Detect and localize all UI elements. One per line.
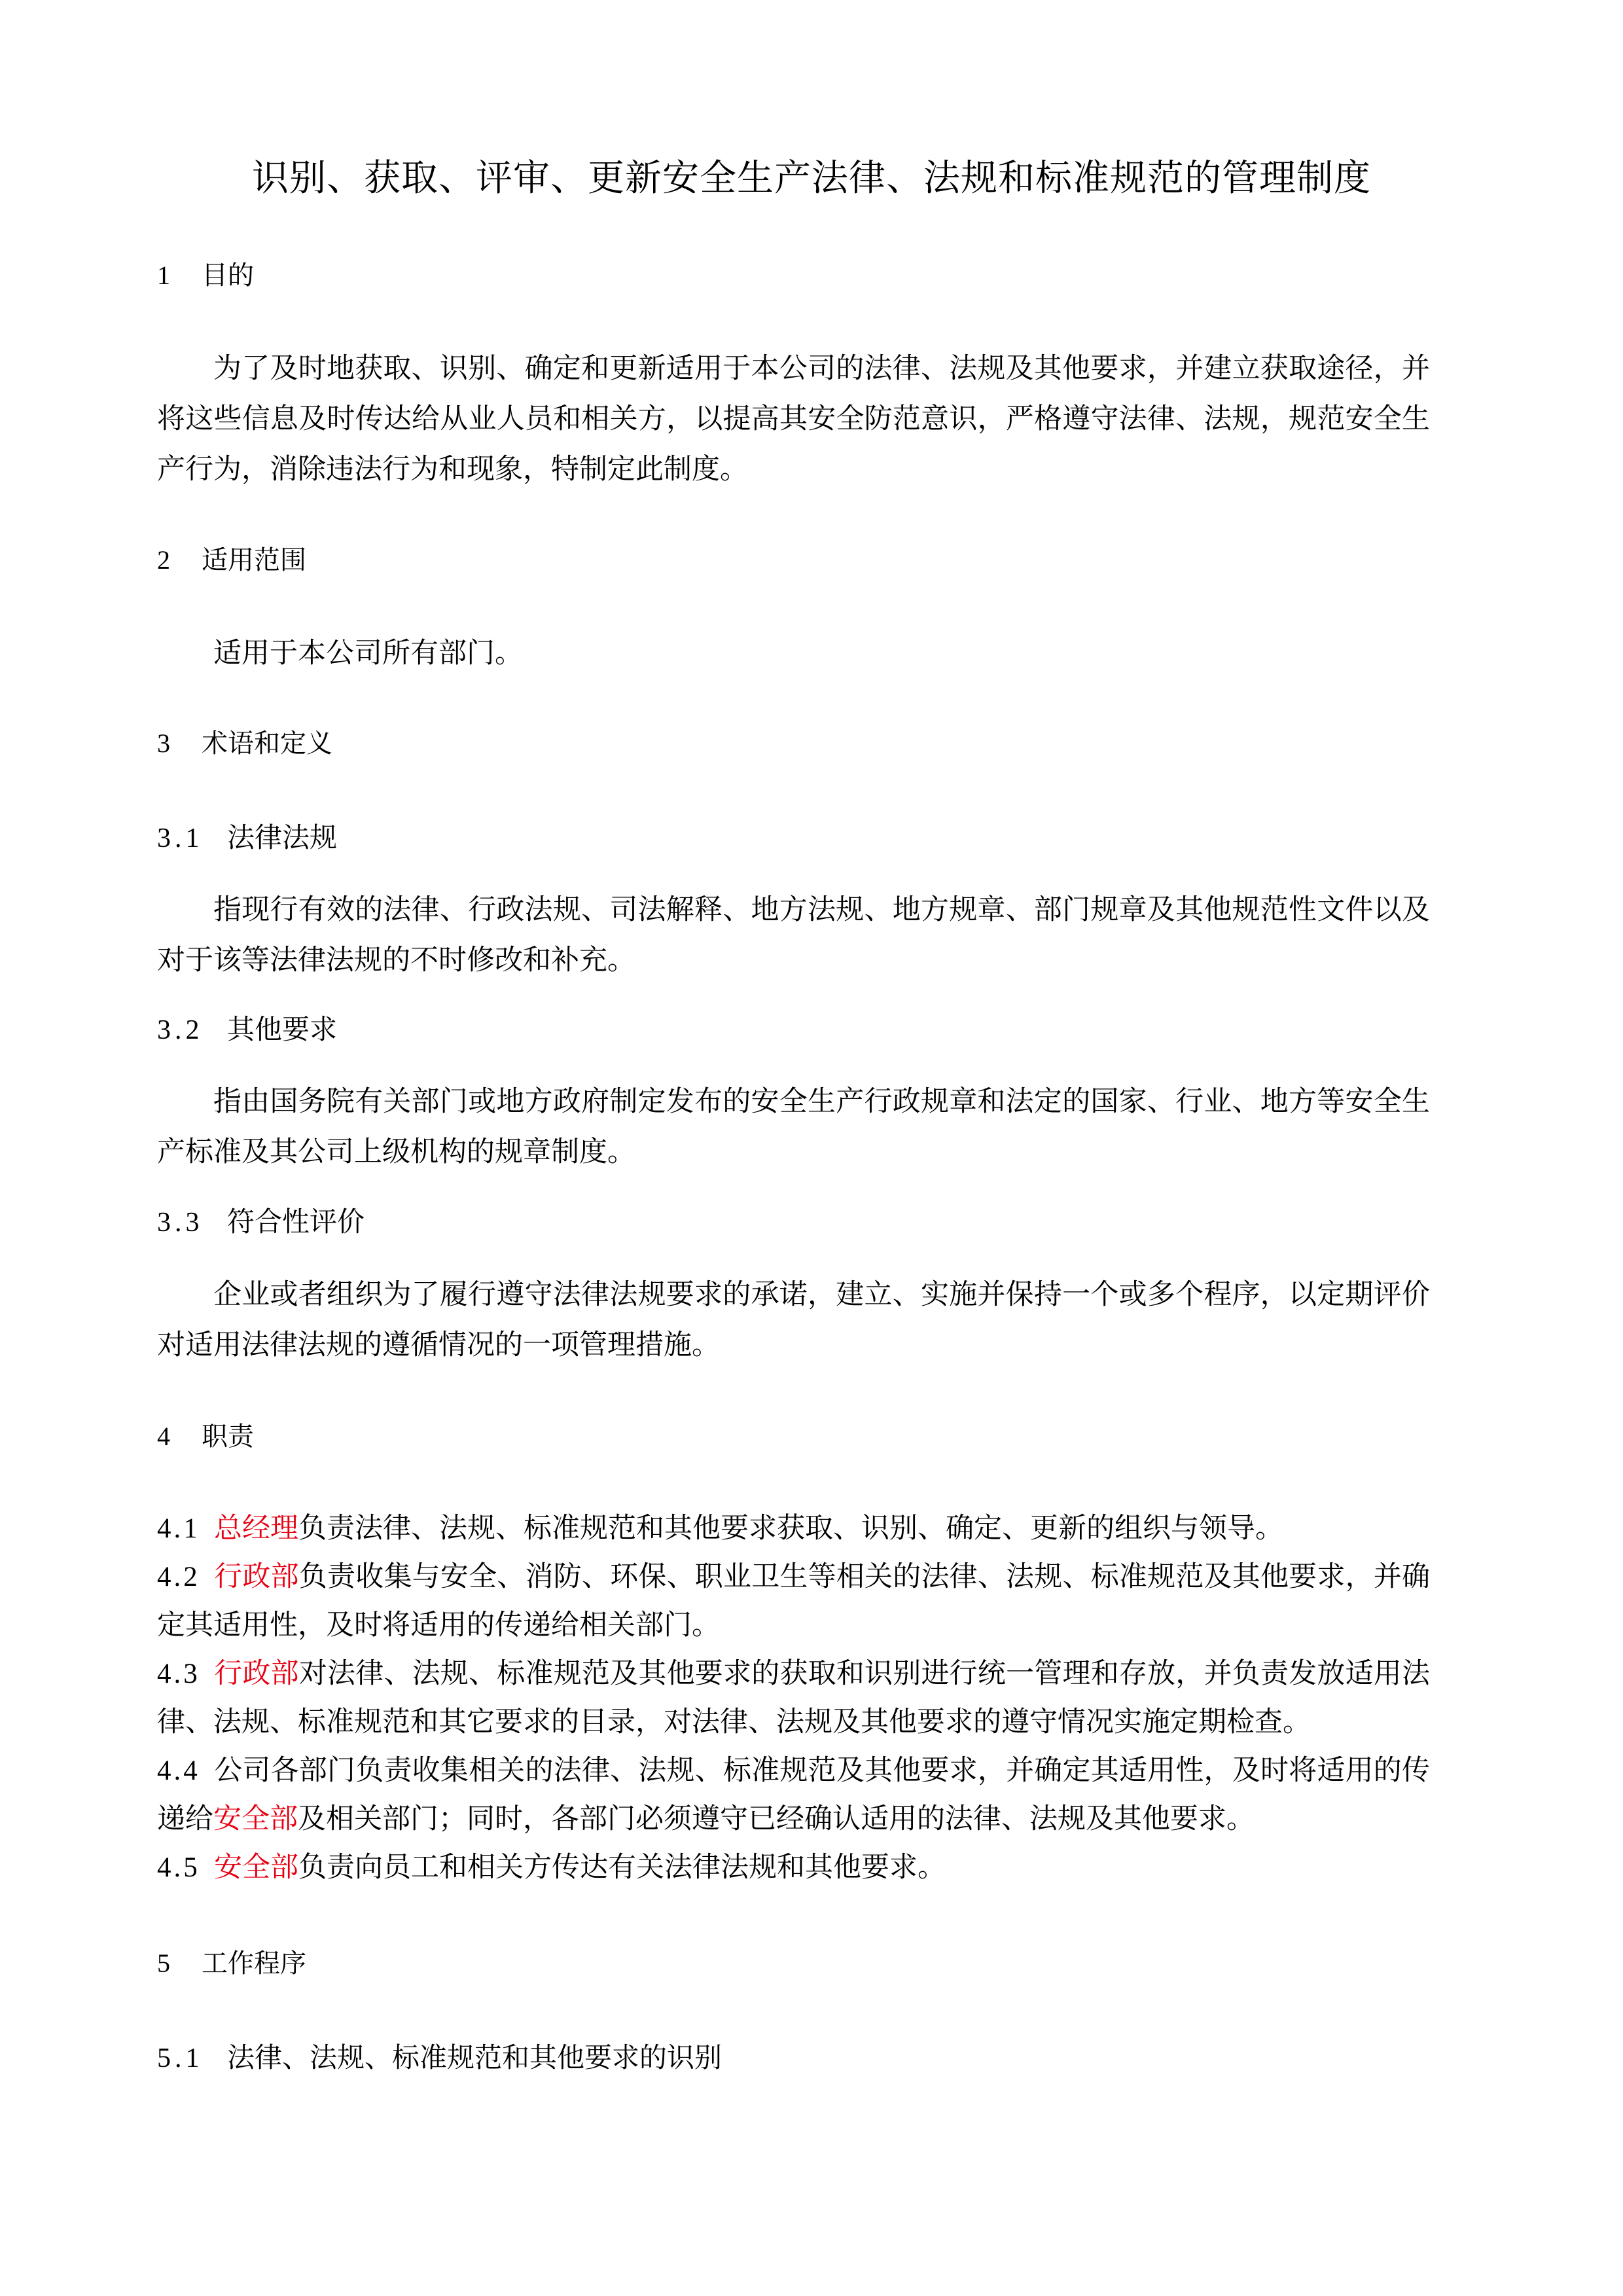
subsection-heading-5-1: 5.1法律、法规、标准规范和其他要求的识别 [157, 2042, 722, 2074]
paragraph-line: 对适用法律法规的遵循情况的一项管理措施。 [157, 1329, 1430, 1379]
item-number: 4.4 [157, 1755, 214, 1787]
subsection-heading-3-3: 3.3符合性评价 [157, 1206, 365, 1238]
role-highlight: 行政部 [214, 1657, 299, 1690]
section-number: 2 [157, 545, 202, 575]
list-item-4-4: 4.4公司各部门负责收集相关的法律、法规、标准规范及其他要求，并确定其适用性，及… [157, 1754, 1430, 1803]
paragraph-scope: 适用于本公司所有部门。 [157, 637, 1430, 687]
role-highlight: 安全部 [214, 1851, 298, 1884]
section-title: 术语和定义 [202, 728, 332, 759]
paragraph-line: 为了及时地获取、识别、确定和更新适用于本公司的法律、法规及其他要求，并建立获取途… [157, 352, 1430, 403]
section-title: 适用范围 [202, 545, 306, 575]
paragraph-line: 产行为，消除违法行为和现象，特制定此制度。 [157, 453, 1430, 503]
item-text: 及相关部门；同时，各部门必须遵守已经确认适用的法律、法规及其他要求。 [298, 1803, 1255, 1835]
list-item-4-2-cont: 定其适用性，及时将适用的传递给相关部门。 [157, 1609, 1430, 1657]
section-heading-2: 2适用范围 [157, 545, 306, 575]
paragraph-purpose: 为了及时地获取、识别、确定和更新适用于本公司的法律、法规及其他要求，并建立获取途… [157, 352, 1430, 503]
list-item-4-1: 4.1总经理负责法律、法规、标准规范和其他要求获取、识别、确定、更新的组织与领导… [157, 1512, 1430, 1560]
list-item-4-5: 4.5安全部负责向员工和相关方传达有关法律法规和其他要求。 [157, 1851, 1430, 1899]
subsection-heading-3-1: 3.1法律法规 [157, 822, 337, 854]
list-item-4-4-cont: 递给安全部及相关部门；同时，各部门必须遵守已经确认适用的法律、法规及其他要求。 [157, 1803, 1430, 1851]
section-heading-3: 3术语和定义 [157, 728, 332, 759]
section-number: 3 [157, 728, 202, 759]
subsection-number: 3.1 [157, 823, 227, 854]
paragraph-laws-definition: 指现行有效的法律、行政法规、司法解释、地方法规、地方规章、部门规章及其他规范性文… [157, 893, 1430, 994]
item-text: 递给 [157, 1803, 213, 1835]
document-title: 识别、获取、评审、更新安全生产法律、法规和标准规范的管理制度 [0, 157, 1623, 200]
subsection-number: 3.3 [157, 1207, 227, 1238]
item-number: 4.2 [157, 1561, 214, 1594]
item-text: 公司各部门负责收集相关的法律、法规、标准规范及其他要求，并确定其适用性，及时将适… [214, 1754, 1430, 1787]
section-heading-1: 1目的 [157, 260, 254, 291]
section-heading-5: 5工作程序 [157, 1948, 306, 1979]
section-number: 1 [157, 260, 202, 291]
list-item-4-3: 4.3行政部对法律、法规、标准规范及其他要求的获取和识别进行统一管理和存放，并负… [157, 1657, 1430, 1706]
paragraph-line: 适用于本公司所有部门。 [157, 637, 1430, 687]
item-number: 4.5 [157, 1852, 214, 1884]
section-title: 目的 [202, 260, 254, 291]
section-number: 4 [157, 1422, 202, 1452]
subsection-number: 3.2 [157, 1014, 227, 1046]
list-item-4-2: 4.2行政部负责收集与安全、消防、环保、职业卫生等相关的法律、法规、标准规范及其… [157, 1560, 1430, 1609]
item-number: 4.1 [157, 1513, 214, 1545]
section-heading-4: 4职责 [157, 1422, 254, 1452]
role-highlight: 行政部 [214, 1560, 299, 1593]
role-highlight: 总经理 [214, 1512, 298, 1545]
paragraph-line: 企业或者组织为了履行遵守法律法规要求的承诺，建立、实施并保持一个或多个程序，以定… [157, 1278, 1430, 1329]
responsibilities-list: 4.1总经理负责法律、法规、标准规范和其他要求获取、识别、确定、更新的组织与领导… [157, 1512, 1430, 1899]
item-number: 4.3 [157, 1658, 214, 1691]
paragraph-line: 指由国务院有关部门或地方政府制定发布的安全生产行政规章和法定的国家、行业、地方等… [157, 1085, 1430, 1136]
subsection-title: 法律法规 [227, 821, 337, 853]
item-text: 负责收集与安全、消防、环保、职业卫生等相关的法律、法规、标准规范及其他要求，并确 [299, 1560, 1430, 1593]
paragraph-line: 将这些信息及时传达给从业人员和相关方，以提高其安全防范意识，严格遵守法律、法规，… [157, 403, 1430, 453]
subsection-heading-3-2: 3.2其他要求 [157, 1014, 337, 1046]
role-highlight: 安全部 [213, 1803, 298, 1835]
paragraph-line: 指现行有效的法律、行政法规、司法解释、地方法规、地方规章、部门规章及其他规范性文… [157, 893, 1430, 944]
section-title: 职责 [202, 1422, 254, 1452]
paragraph-line: 产标准及其公司上级机构的规章制度。 [157, 1136, 1430, 1186]
list-item-4-3-cont: 律、法规、标准规范和其它要求的目录，对法律、法规及其他要求的遵守情况实施定期检查… [157, 1706, 1430, 1754]
item-text: 对法律、法规、标准规范及其他要求的获取和识别进行统一管理和存放，并负责发放适用法 [299, 1657, 1430, 1690]
subsection-title: 其他要求 [227, 1013, 337, 1045]
subsection-title: 法律、法规、标准规范和其他要求的识别 [227, 2041, 722, 2073]
item-text: 负责向员工和相关方传达有关法律法规和其他要求。 [298, 1851, 946, 1884]
subsection-number: 5.1 [157, 2043, 227, 2074]
section-number: 5 [157, 1948, 202, 1979]
section-title: 工作程序 [202, 1948, 306, 1979]
subsection-title: 符合性评价 [227, 1206, 365, 1238]
paragraph-other-requirements-definition: 指由国务院有关部门或地方政府制定发布的安全生产行政规章和法定的国家、行业、地方等… [157, 1085, 1430, 1186]
paragraph-compliance-evaluation-definition: 企业或者组织为了履行遵守法律法规要求的承诺，建立、实施并保持一个或多个程序，以定… [157, 1278, 1430, 1379]
item-text: 负责法律、法规、标准规范和其他要求获取、识别、确定、更新的组织与领导。 [298, 1512, 1283, 1545]
paragraph-line: 对于该等法律法规的不时修改和补充。 [157, 944, 1430, 994]
document-page: 识别、获取、评审、更新安全生产法律、法规和标准规范的管理制度 1目的 为了及时地… [0, 0, 1623, 2296]
